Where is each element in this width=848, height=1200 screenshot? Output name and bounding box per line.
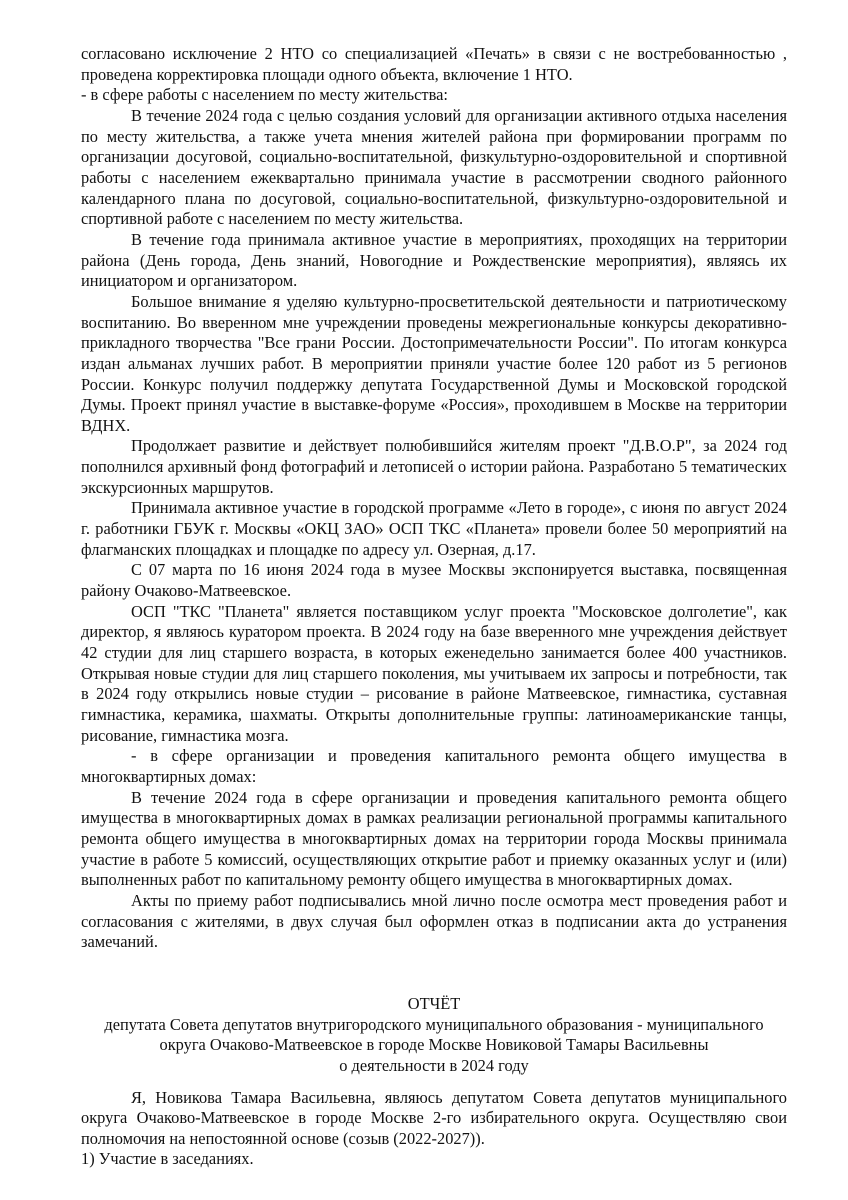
paragraph-dvor-project: Продолжает развитие и действует полюбивш…	[81, 436, 787, 498]
paragraph-capital-repair: В течение 2024 года в сфере организации …	[81, 788, 787, 891]
paragraph-acceptance-acts: Акты по приему работ подписывались мной …	[81, 891, 787, 953]
paragraph-leisure-plan: В течение 2024 года с целью создания усл…	[81, 106, 787, 230]
document-page: согласовано исключение 2 НТО со специали…	[81, 44, 787, 1170]
paragraph-district-events: В течение года принимала активное участи…	[81, 230, 787, 292]
spacer	[81, 953, 787, 994]
report-subtitle-line3: о деятельности в 2024 году	[81, 1056, 787, 1077]
section-intro: Я, Новикова Тамара Васильевна, являюсь д…	[81, 1088, 787, 1171]
paragraph-moscow-longevity: ОСП "ТКС "Планета" является поставщиком …	[81, 602, 787, 747]
spacer	[81, 1077, 787, 1088]
report-subtitle-line2: округа Очаково-Матвеевское в городе Моск…	[81, 1035, 787, 1056]
subheading-capital-repair: - в сфере организации и проведения капит…	[81, 746, 787, 787]
paragraph-summer-program: Принимала активное участие в городской п…	[81, 498, 787, 560]
paragraph-nto: согласовано исключение 2 НТО со специали…	[81, 44, 787, 85]
paragraph-cultural-education: Большое внимание я уделяю культурно-прос…	[81, 292, 787, 437]
section-activities: согласовано исключение 2 НТО со специали…	[81, 44, 787, 953]
paragraph-museum-exhibition: С 07 марта по 16 июня 2024 года в музее …	[81, 560, 787, 601]
subheading-residents-work: - в сфере работы с населением по месту ж…	[81, 85, 787, 106]
report-heading: ОТЧЁТ	[81, 994, 787, 1015]
list-item-meetings: 1) Участие в заседаниях.	[81, 1149, 787, 1170]
paragraph-intro: Я, Новикова Тамара Васильевна, являюсь д…	[81, 1088, 787, 1150]
report-title-block: ОТЧЁТ депутата Совета депутатов внутриго…	[81, 994, 787, 1077]
report-subtitle-line1: депутата Совета депутатов внутригородско…	[81, 1015, 787, 1036]
